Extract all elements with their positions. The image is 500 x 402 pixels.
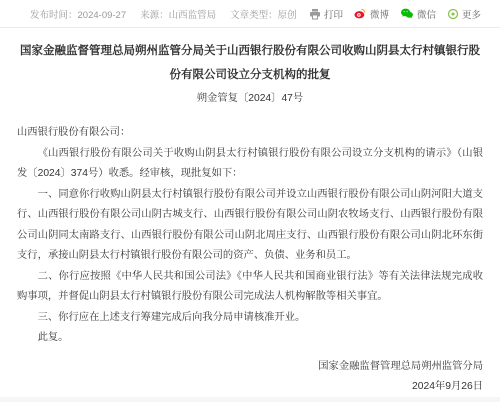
article-type-value: 原创 xyxy=(278,10,297,21)
printer-icon xyxy=(309,8,321,20)
more-label: 更多 xyxy=(462,7,481,21)
body-paragraph: 此复。 xyxy=(17,328,483,349)
wechat-label: 微信 xyxy=(417,7,436,21)
body-paragraph: 二、你行应按照《中华人民共和国公司法》《中华人民共和国商业银行法》等有关法律法规… xyxy=(17,267,483,308)
article-page: 发布时间：2024-09-27 来源：山西监管局 文章类型：原创 打印 xyxy=(0,0,500,402)
more-icon xyxy=(447,8,459,20)
article-type-label: 文章类型： xyxy=(230,10,278,21)
weibo-label: 微博 xyxy=(370,7,389,21)
body-paragraph: 一、同意你行收购山阴县太行村镇银行股份有限公司并设立山西银行股份有限公司山阴河阳… xyxy=(17,185,483,267)
source-label: 来源： xyxy=(140,10,169,21)
document-area: 国家金融监督管理总局朔州监管分局关于山西银行股份有限公司收购山阴县太行村镇银行股… xyxy=(0,28,500,398)
article-type: 文章类型：原创 xyxy=(230,7,297,21)
weibo-icon xyxy=(354,7,367,20)
wechat-icon xyxy=(400,7,414,20)
source: 来源：山西监管局 xyxy=(140,7,216,21)
weibo-share-button[interactable]: 微博 xyxy=(354,7,389,21)
issue-date: 2024年9月26日 xyxy=(17,377,483,398)
meta-info: 发布时间：2024-09-27 来源：山西监管局 文章类型：原创 xyxy=(30,7,297,21)
page-bottom-edge xyxy=(0,397,500,402)
print-label: 打印 xyxy=(324,7,343,21)
signature-block: 国家金融监督管理总局朔州监管分局 2024年9月26日 xyxy=(17,357,483,398)
publish-date-value: 2024-09-27 xyxy=(78,10,127,21)
share-actions: 打印 微博 xyxy=(309,7,481,21)
publish-date-label: 发布时间： xyxy=(30,10,78,21)
publish-date: 发布时间：2024-09-27 xyxy=(30,7,126,21)
print-button[interactable]: 打印 xyxy=(309,7,343,21)
body-paragraph: 三、你行应在上述支行筹建完成后向我分局申请核准开业。 xyxy=(17,308,483,329)
salutation: 山西银行股份有限公司： xyxy=(17,123,483,144)
wechat-share-button[interactable]: 微信 xyxy=(400,7,436,21)
meta-bar: 发布时间：2024-09-27 来源：山西监管局 文章类型：原创 打印 xyxy=(0,0,500,28)
document-title: 国家金融监督管理总局朔州监管分局关于山西银行股份有限公司收购山阴县太行村镇银行股… xyxy=(17,39,483,87)
document-number: 朔金管复〔2024〕47号 xyxy=(17,87,483,111)
more-share-button[interactable]: 更多 xyxy=(447,7,481,21)
issuer-signature: 国家金融监督管理总局朔州监管分局 xyxy=(17,357,483,378)
document-body: 山西银行股份有限公司： 《山西银行股份有限公司关于收购山阴县太行村镇银行股份有限… xyxy=(17,123,483,349)
source-value: 山西监管局 xyxy=(169,10,217,21)
body-paragraph: 《山西银行股份有限公司关于收购山阴县太行村镇银行股份有限公司设立分支机构的请示》… xyxy=(17,144,483,185)
